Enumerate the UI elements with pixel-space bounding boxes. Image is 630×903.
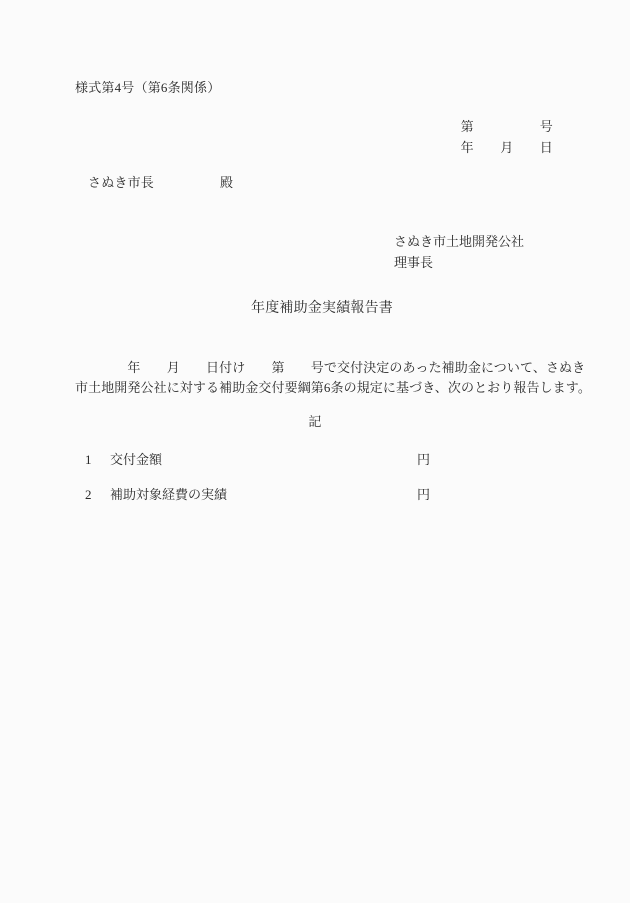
form-number-label: 様式第4号（第6条関係） bbox=[75, 81, 220, 94]
item-number: 1 bbox=[85, 453, 92, 466]
document-page: 様式第4号（第6条関係） 第 号 年 月 日 さぬき市長 殿 さぬき市土地開発公… bbox=[0, 0, 630, 903]
report-item-row: 1 交付金額 円 bbox=[0, 453, 630, 467]
record-marker: 記 bbox=[0, 415, 630, 428]
date-blank: 年 月 日 bbox=[461, 141, 553, 154]
sender-title: 理事長 bbox=[394, 252, 524, 273]
body-line-2: 市土地開発公社に対する補助金交付要綱第6条の規定に基づき、次のとおり報告します。 bbox=[75, 378, 565, 398]
document-title: 年度補助金実績報告書 bbox=[0, 302, 630, 316]
item-label: 補助対象経費の実績 bbox=[110, 488, 227, 501]
item-unit: 円 bbox=[417, 488, 430, 501]
sender-block: さぬき市土地開発公社 理事長 bbox=[394, 231, 524, 273]
item-unit: 円 bbox=[417, 453, 430, 466]
document-number-blank: 第 号 bbox=[461, 120, 553, 133]
addressee-line: さぬき市長 殿 bbox=[88, 176, 233, 189]
item-number: 2 bbox=[85, 488, 92, 501]
sender-organization: さぬき市土地開発公社 bbox=[394, 231, 524, 252]
body-line-1: 年 月 日付け 第 号で交付決定のあった補助金について、さぬき bbox=[75, 358, 565, 378]
report-item-row: 2 補助対象経費の実績 円 bbox=[0, 488, 630, 502]
body-paragraph: 年 月 日付け 第 号で交付決定のあった補助金について、さぬき 市土地開発公社に… bbox=[75, 358, 565, 398]
item-label: 交付金額 bbox=[110, 453, 162, 466]
